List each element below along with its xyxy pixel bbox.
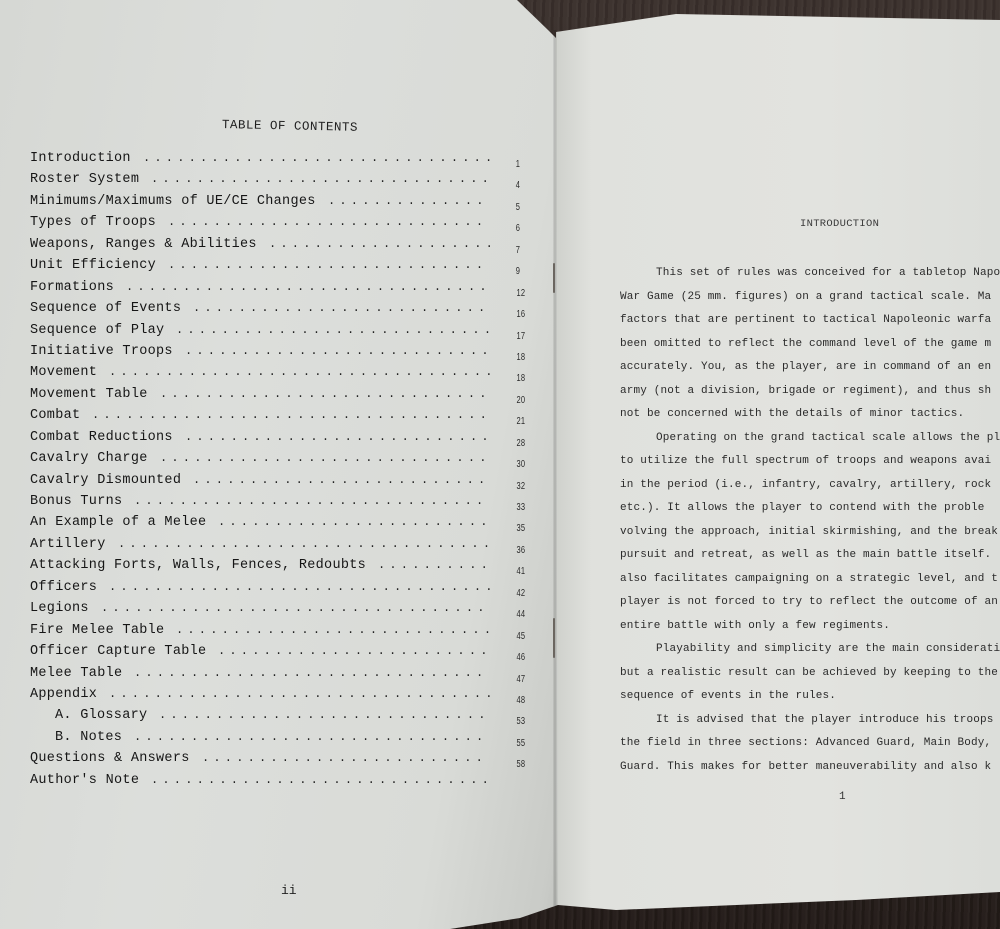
toc-entry: Movement................................… — [30, 365, 530, 386]
toc-entry-label: Legions — [30, 601, 89, 616]
toc-entry-label: An Example of a Melee — [30, 515, 206, 530]
toc-entry-page: 18 — [516, 373, 525, 384]
toc-entry: Sequence of Play........................… — [30, 323, 530, 344]
toc-entry: A. Glossary.............................… — [30, 708, 530, 729]
toc-entry: Questions & Answers.....................… — [30, 751, 530, 772]
toc-entry: Initiative Troops.......................… — [30, 344, 530, 365]
toc-entry-page: 33 — [516, 502, 525, 513]
book-gutter — [553, 30, 557, 906]
toc-entry-page: 30 — [516, 459, 525, 470]
leader-dots: ............................ — [176, 323, 495, 337]
toc-entry: Sequence of Events......................… — [30, 301, 530, 322]
body-text-line: pursuit and retreat, as well as the main… — [620, 544, 1000, 568]
body-text-line: also facilitates campaigning on a strate… — [620, 568, 1000, 592]
toc-entry: Melee Table.............................… — [30, 666, 530, 687]
toc-entry-page: 45 — [516, 631, 525, 642]
toc-entry: Movement Table..........................… — [30, 387, 530, 408]
toc-entry-label: Bonus Turns — [30, 494, 122, 509]
toc-entry-page: 48 — [516, 695, 525, 706]
left-page: TABLE OF CONTENTS Introduction..........… — [0, 0, 560, 929]
toc-entry: Cavalry Charge..........................… — [30, 451, 530, 472]
toc-entry: B. Notes...............................5… — [30, 730, 530, 751]
toc-entry-label: Roster System — [30, 172, 139, 187]
toc-entry-page: 55 — [516, 738, 525, 749]
toc-entry-label: Sequence of Events — [30, 301, 181, 316]
leader-dots: ............................ — [168, 258, 487, 272]
toc-entry-page: 21 — [516, 416, 525, 427]
body-text-line: the field in three sections: Advanced Gu… — [620, 732, 1000, 756]
toc-entry-page: 32 — [516, 481, 525, 492]
toc-entry-label: Attacking Forts, Walls, Fences, Redoubts — [30, 558, 366, 573]
toc-entry-label: Movement — [30, 365, 97, 380]
toc-entry: Minimums/Maximums of UE/CE Changes......… — [30, 194, 530, 215]
toc-entry-page: 9 — [516, 266, 520, 277]
body-text-line: sequence of events in the rules. — [620, 685, 1000, 709]
body-text-line: to utilize the full spectrum of troops a… — [620, 450, 1000, 474]
toc-entry-label: Artillery — [30, 537, 106, 552]
toc-entry-label: Formations — [30, 280, 114, 295]
toc-entry-label: Initiative Troops — [30, 344, 173, 359]
leader-dots: ............................ — [176, 623, 495, 637]
leader-dots: ............................... — [134, 730, 487, 744]
introduction-body: This set of rules was conceived for a ta… — [620, 262, 1000, 779]
leader-dots: .............. — [328, 194, 488, 208]
toc-entry: Cavalry Dismounted......................… — [30, 473, 530, 494]
body-text-line: accurately. You, as the player, are in c… — [620, 356, 1000, 380]
body-text-line: Operating on the grand tactical scale al… — [620, 427, 1000, 451]
leader-dots: ........................... — [185, 430, 493, 444]
toc-list: Introduction............................… — [30, 151, 530, 794]
left-page-number: ii — [281, 883, 297, 898]
toc-entry-label: Introduction — [30, 151, 131, 166]
toc-entry-page: 35 — [516, 523, 525, 534]
leader-dots: .................... — [269, 237, 497, 251]
toc-entry-page: 7 — [516, 245, 520, 256]
body-text-line: War Game (25 mm. figures) on a grand tac… — [620, 286, 1000, 310]
toc-entry: Weapons, Ranges & Abilities.............… — [30, 237, 530, 258]
introduction-heading: INTRODUCTION — [800, 218, 879, 230]
toc-title: TABLE OF CONTENTS — [222, 118, 358, 135]
toc-entry: An Example of a Melee...................… — [30, 515, 530, 536]
leader-dots: ............................... — [134, 494, 487, 508]
toc-entry-label: A. Glossary — [55, 708, 147, 723]
toc-entry-label: Sequence of Play — [30, 323, 164, 338]
toc-entry: Artillery...............................… — [30, 537, 530, 558]
body-text-line: in the period (i.e., infantry, cavalry, … — [620, 474, 1000, 498]
toc-entry-page: 46 — [516, 652, 525, 663]
toc-entry-label: Unit Efficiency — [30, 258, 156, 273]
toc-entry: Combat Reductions.......................… — [30, 430, 530, 451]
leader-dots: ........................ — [218, 644, 492, 658]
leader-dots: .......................... — [193, 301, 489, 315]
body-text-line: army (not a division, brigade or regimen… — [620, 380, 1000, 404]
staple — [553, 263, 555, 293]
body-text-line: It is advised that the player introduce … — [620, 709, 1000, 733]
body-text-line: volving the approach, initial skirmishin… — [620, 521, 1000, 545]
toc-entry: Officer Capture Table...................… — [30, 644, 530, 665]
toc-entry-label: Cavalry Dismounted — [30, 473, 181, 488]
toc-entry-page: 58 — [516, 759, 525, 770]
toc-entry-page: 17 — [516, 331, 525, 342]
toc-entry-page: 6 — [516, 223, 520, 234]
toc-entry-label: Officer Capture Table — [30, 644, 206, 659]
toc-entry-label: Melee Table — [30, 666, 122, 681]
toc-entry: Author's Note...........................… — [30, 773, 530, 794]
toc-entry-page: 36 — [516, 545, 525, 556]
toc-entry-page: 16 — [516, 309, 525, 320]
toc-entry: Bonus Turns.............................… — [30, 494, 530, 515]
toc-entry-label: Minimums/Maximums of UE/CE Changes — [30, 194, 316, 209]
toc-entry-label: Types of Troops — [30, 215, 156, 230]
body-text-line: not be concerned with the details of min… — [620, 403, 1000, 427]
toc-entry-page: 47 — [516, 674, 525, 685]
toc-entry-label: Combat — [30, 408, 80, 423]
body-text-line: but a realistic result can be achieved b… — [620, 662, 1000, 686]
toc-entry-label: Officers — [30, 580, 97, 595]
toc-entry: Attacking Forts, Walls, Fences, Redoubts… — [30, 558, 530, 579]
toc-entry-label: Movement Table — [30, 387, 148, 402]
toc-entry-page: 44 — [516, 609, 525, 620]
leader-dots: ................................... — [92, 408, 491, 422]
leader-dots: ........................ — [218, 515, 492, 529]
leader-dots: .................................. — [101, 601, 489, 615]
toc-entry-page: 1 — [516, 159, 520, 170]
toc-entry-page: 28 — [516, 438, 525, 449]
leader-dots: .......................... — [193, 473, 489, 487]
leader-dots: ............................ — [168, 215, 487, 229]
toc-entry-page: 53 — [516, 716, 525, 727]
toc-entry-label: Combat Reductions — [30, 430, 173, 445]
toc-entry: Combat..................................… — [30, 408, 530, 429]
leader-dots: ............................... — [143, 151, 496, 165]
leader-dots: .............................. — [151, 773, 493, 787]
leader-dots: ............................... — [134, 666, 487, 680]
body-text-line: player is not forced to try to reflect t… — [620, 591, 1000, 615]
leader-dots: ................................ — [126, 280, 491, 294]
toc-entry-label: Cavalry Charge — [30, 451, 148, 466]
toc-entry: Introduction............................… — [30, 151, 530, 172]
toc-entry-page: 20 — [516, 395, 525, 406]
body-text-line: entire battle with only a few regiments. — [620, 615, 1000, 639]
toc-entry-label: Author's Note — [30, 773, 139, 788]
body-text-line: etc.). It allows the player to contend w… — [620, 497, 1000, 521]
toc-entry-label: Weapons, Ranges & Abilities — [30, 237, 257, 252]
leader-dots: .................................. — [109, 580, 497, 594]
staple — [553, 618, 555, 658]
toc-entry: Roster System...........................… — [30, 172, 530, 193]
body-text-line: This set of rules was conceived for a ta… — [620, 262, 1000, 286]
toc-entry-page: 4 — [516, 180, 520, 191]
body-text-line: Playability and simplicity are the main … — [620, 638, 1000, 662]
toc-entry: Types of Troops.........................… — [30, 215, 530, 236]
body-text-line: factors that are pertinent to tactical N… — [620, 309, 1000, 333]
leader-dots: .................................. — [109, 687, 497, 701]
leader-dots: ............................. — [160, 387, 491, 401]
body-text-line: been omitted to reflect the command leve… — [620, 333, 1000, 357]
body-text-line: Guard. This makes for better maneuverabi… — [620, 756, 1000, 780]
toc-entry-page: 5 — [516, 202, 520, 213]
toc-entry-page: 18 — [516, 352, 525, 363]
toc-entry-label: Appendix — [30, 687, 97, 702]
toc-entry-page: 41 — [516, 566, 525, 577]
right-page-number: 1 — [839, 791, 846, 803]
toc-entry: Formations..............................… — [30, 280, 530, 301]
toc-entry-label: Questions & Answers — [30, 751, 190, 766]
toc-entry-label: Fire Melee Table — [30, 623, 164, 638]
toc-entry: Officers................................… — [30, 580, 530, 601]
toc-entry: Fire Melee Table........................… — [30, 623, 530, 644]
leader-dots: .......... — [378, 558, 492, 572]
leader-dots: ........................... — [185, 344, 493, 358]
toc-entry-label: B. Notes — [55, 730, 122, 745]
leader-dots: ......................... — [202, 751, 487, 765]
leader-dots: ............................. — [159, 708, 490, 722]
toc-entry: Appendix................................… — [30, 687, 530, 708]
leader-dots: .............................. — [151, 172, 493, 186]
leader-dots: ............................. — [160, 451, 491, 465]
leader-dots: ................................. — [118, 537, 494, 551]
toc-entry: Unit Efficiency.........................… — [30, 258, 530, 279]
toc-entry-page: 12 — [516, 288, 525, 299]
leader-dots: .................................. — [109, 365, 497, 379]
toc-entry-page: 42 — [516, 588, 525, 599]
toc-entry: Legions.................................… — [30, 601, 530, 622]
